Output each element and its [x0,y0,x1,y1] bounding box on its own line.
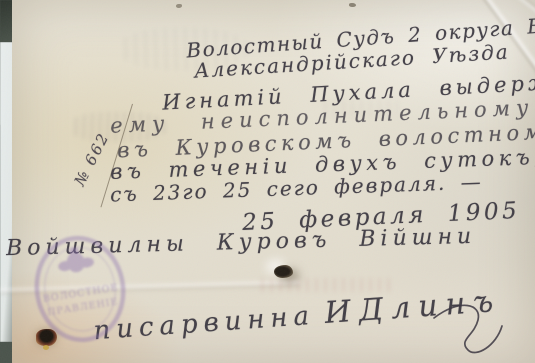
signature-flourish [430,296,510,362]
pin-speck-2 [349,3,356,7]
torn-hole-center [274,265,293,278]
hole-speck-yellow [43,345,49,350]
hole-bottom-left [36,329,57,346]
document-photo: № 662 Волостный Судъ 2 округа В Александ… [0,0,535,363]
